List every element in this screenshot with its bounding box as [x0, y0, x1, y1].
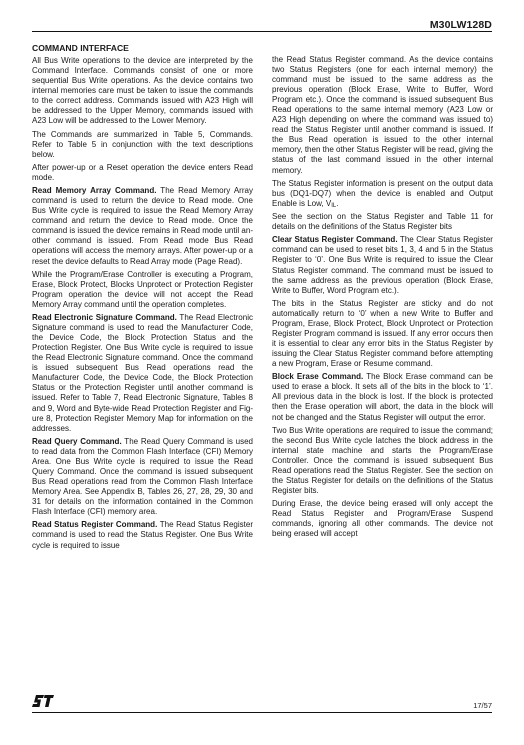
- paragraph-lead: Read Memory Array Command.: [32, 186, 156, 195]
- paragraph-body: The Read Query Com­mand is used to read …: [32, 437, 253, 516]
- paragraph: Read Memory Array Command. The Read Mem­…: [32, 186, 253, 266]
- paragraph: After power-up or a Reset operation the …: [32, 163, 253, 183]
- paragraph: See the section on the Status Register a…: [272, 212, 493, 232]
- paragraph: While the Program/Erase Controller is ex…: [32, 270, 253, 310]
- paragraph-lead: Read Electronic Signature Command.: [32, 313, 177, 322]
- paragraph-body: The Status Register information is prese…: [272, 179, 493, 208]
- paragraph: The Commands are summarized in Table 5, …: [32, 130, 253, 160]
- paragraph: The bits in the Status Register are stic…: [272, 299, 493, 369]
- paragraph: Two Bus Write operations are required to…: [272, 426, 493, 496]
- footer-rule: [32, 712, 492, 713]
- paragraph: During Erase, the device being erased wi…: [272, 499, 493, 539]
- paragraph: Clear Status Register Command. The Clear…: [272, 235, 493, 295]
- paragraph: The Status Register information is prese…: [272, 179, 493, 209]
- paragraph: Read Status Register Command. The Read S…: [32, 520, 253, 550]
- right-column: the Read Status Register command. As the…: [272, 55, 493, 543]
- paragraph: Read Query Command. The Read Query Com­m…: [32, 437, 253, 517]
- paragraph-end: .: [336, 199, 338, 208]
- paragraph: the Read Status Register command. As the…: [272, 55, 493, 176]
- paragraph-body: The Read Mem­ory Array command is used t…: [32, 186, 253, 265]
- paragraph: Read Electronic Signature Command. The R…: [32, 313, 253, 434]
- paragraph-lead: Read Status Register Command.: [32, 520, 157, 529]
- section-title: COMMAND INTERFACE: [32, 43, 253, 53]
- left-column: COMMAND INTERFACE All Bus Write operatio…: [32, 43, 253, 554]
- document-title: M30LW128D: [430, 19, 492, 31]
- st-logo-icon: [32, 695, 54, 707]
- paragraph: All Bus Write operations to the device a…: [32, 56, 253, 126]
- paragraph-body: The Read Electronic Signature command is…: [32, 313, 253, 433]
- paragraph: Block Erase Command. The Block Erase com…: [272, 372, 493, 422]
- paragraph-lead: Read Query Command.: [32, 437, 122, 446]
- page-number: 17/57: [473, 701, 492, 710]
- paragraph-lead: Clear Status Register Command.: [272, 235, 398, 244]
- paragraph-lead: Block Erase Command.: [272, 372, 363, 381]
- header-rule: [32, 31, 492, 32]
